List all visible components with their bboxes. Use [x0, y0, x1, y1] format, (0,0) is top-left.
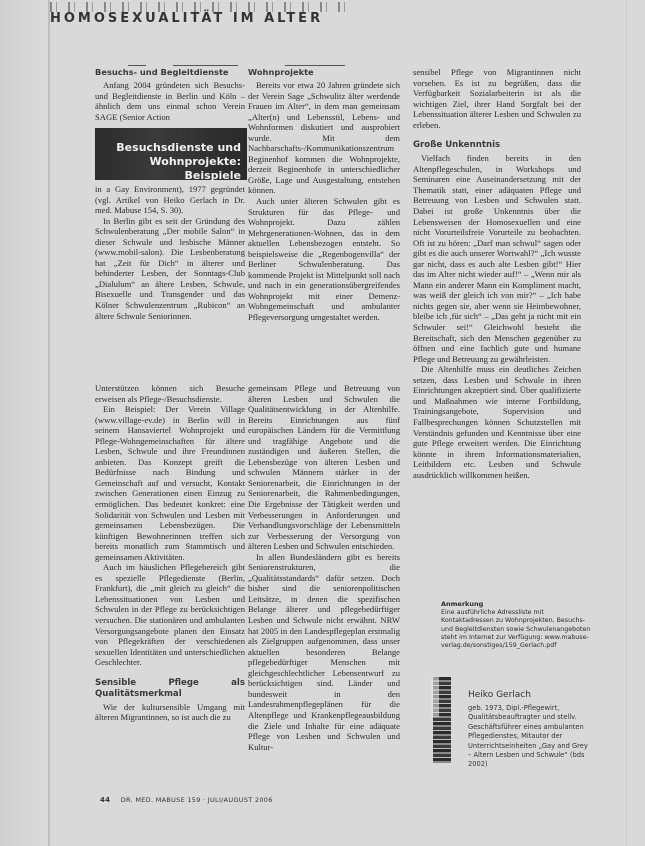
- footnote-title: Anmerkung: [441, 600, 591, 608]
- page-edge-line: [48, 0, 50, 846]
- section-heading-grosse-unkenntnis: Große Unkenntnis: [413, 140, 581, 151]
- paragraph: gemeinsam Pflege und Betreuung von älter…: [248, 383, 400, 552]
- section-heading-besuchsdienste: Besuchs- und Begleitdienste: [95, 67, 245, 78]
- callout-line-1: Besuchsdienste und: [99, 141, 241, 155]
- paragraph: In allen Bundesländern gibt es bereits S…: [248, 552, 400, 752]
- callout-box: Besuchsdienste und Wohnprojekte: Beispie…: [95, 128, 247, 180]
- section-heading-wohnprojekte: Wohnprojekte: [248, 67, 400, 78]
- paragraph: Bereits vor etwa 20 Jahren gründete sich…: [248, 80, 400, 196]
- author-name: Heiko Gerlach: [468, 690, 531, 700]
- paragraph: in a Gay Environment), 1977 gegründet (v…: [95, 184, 245, 216]
- paragraph: Wie der kultursensible Umgang mit ältere…: [95, 702, 245, 723]
- author-bio: geb. 1973, Dipl.-Pflegewirt, Qualitätsbe…: [468, 704, 593, 770]
- paragraph: Auch unter älteren Schwulen gibt es Stru…: [248, 196, 400, 323]
- column-rule: [173, 65, 238, 66]
- paragraph: In Berlin gibt es seit der Gründung des …: [95, 216, 245, 321]
- column-3: sensibel Pflege von Migrantinnen nicht v…: [413, 67, 581, 480]
- paragraph: sensibel Pflege von Migrantinnen nicht v…: [413, 67, 581, 130]
- page-number: 44: [100, 796, 110, 804]
- running-head: HOMOSEXUALITÄT IM ALTER: [50, 2, 350, 30]
- column-rule: [285, 65, 345, 66]
- paragraph: Ein Beispiel: Der Verein Village (www.vi…: [95, 404, 245, 562]
- page-footer: 44 DR. MED. MABUSE 159 · JULI/AUGUST 200…: [100, 796, 273, 804]
- running-head-decoration: [50, 2, 350, 12]
- column-1-bottom: Unterstützen können sich Besuche erweise…: [95, 383, 245, 723]
- callout-line-2: Wohnprojekte: Beispiele: [99, 155, 241, 183]
- column-rule: [128, 65, 146, 66]
- page-right-edge: [626, 0, 627, 846]
- section-heading-sensible-pflege: Sensible Pflege als Qualitätsmerkmal: [95, 678, 245, 700]
- paragraph: Anfang 2004 gründeten sich Besuchs- und …: [95, 80, 245, 122]
- paragraph: Vielfach finden bereits in den Altenpfle…: [413, 153, 581, 364]
- column-1-top: Besuchs- und Begleitdienste Anfang 2004 …: [95, 67, 245, 122]
- running-head-title: HOMOSEXUALITÄT IM ALTER: [50, 11, 323, 26]
- column-2-top: Wohnprojekte Bereits vor etwa 20 Jahren …: [248, 67, 400, 323]
- footnote-text: Eine ausführliche Adressliste mit Kontak…: [441, 609, 591, 650]
- author-photo: [433, 677, 451, 763]
- paragraph: Unterstützen können sich Besuche erweise…: [95, 383, 245, 404]
- scan-page-shadow: [0, 0, 48, 846]
- column-2-bottom: gemeinsam Pflege und Betreuung von älter…: [248, 383, 400, 752]
- footnote-block: Anmerkung Eine ausführliche Adressliste …: [441, 600, 591, 650]
- column-1-top-continued: in a Gay Environment), 1977 gegründet (v…: [95, 184, 245, 321]
- photo-label: [431, 677, 439, 717]
- paragraph: Die Altenhilfe muss ein deutliches Zeich…: [413, 364, 581, 480]
- journal-citation: DR. MED. MABUSE 159 · JULI/AUGUST 2006: [121, 796, 273, 804]
- paragraph: Auch im häuslichen Pflegebereich gibt es…: [95, 562, 245, 667]
